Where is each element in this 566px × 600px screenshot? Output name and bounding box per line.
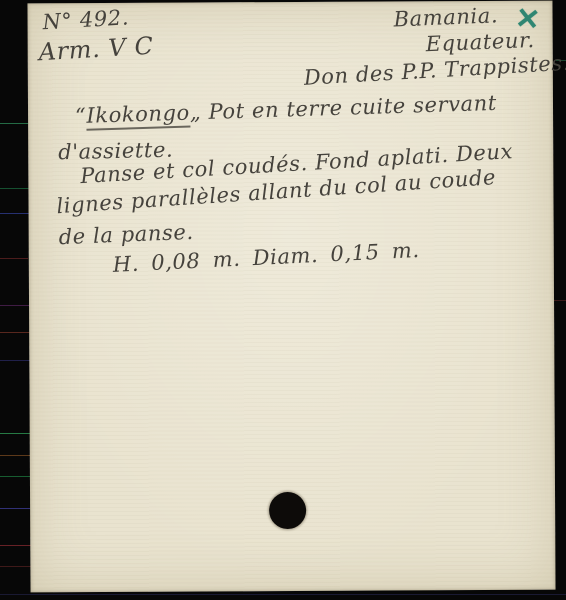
scan-noise-line (0, 545, 34, 546)
scan-noise-line (0, 305, 32, 306)
scan-noise-line (0, 508, 30, 509)
shelf-mark: Arm. V C (38, 32, 154, 67)
body-line-1-rest: Pot en terre cuite servant (201, 91, 497, 124)
scan-noise-line (0, 594, 566, 595)
card-number: N° 492. (42, 5, 130, 34)
catalog-card: N° 492. Arm. V C Bamania. ✕ Equateur. Do… (27, 1, 555, 593)
punch-hole (269, 492, 306, 529)
body-line-5: de la panse. (58, 220, 194, 249)
scan-noise-line (0, 360, 30, 361)
scan-noise-line (554, 300, 566, 301)
locality: Bamania. (393, 3, 499, 31)
scan-noise-line (0, 455, 31, 456)
body-line-1: “Ikokongo„ Pot en terre cuite servant (75, 91, 498, 128)
region: Equateur. (425, 28, 535, 56)
scan-noise-line (0, 258, 28, 259)
provenance: Don des P.P. Trappistes. (303, 51, 566, 90)
scan-noise-line (0, 476, 33, 477)
scan-noise-line (0, 188, 30, 189)
object-name: Ikokongo (86, 101, 190, 131)
